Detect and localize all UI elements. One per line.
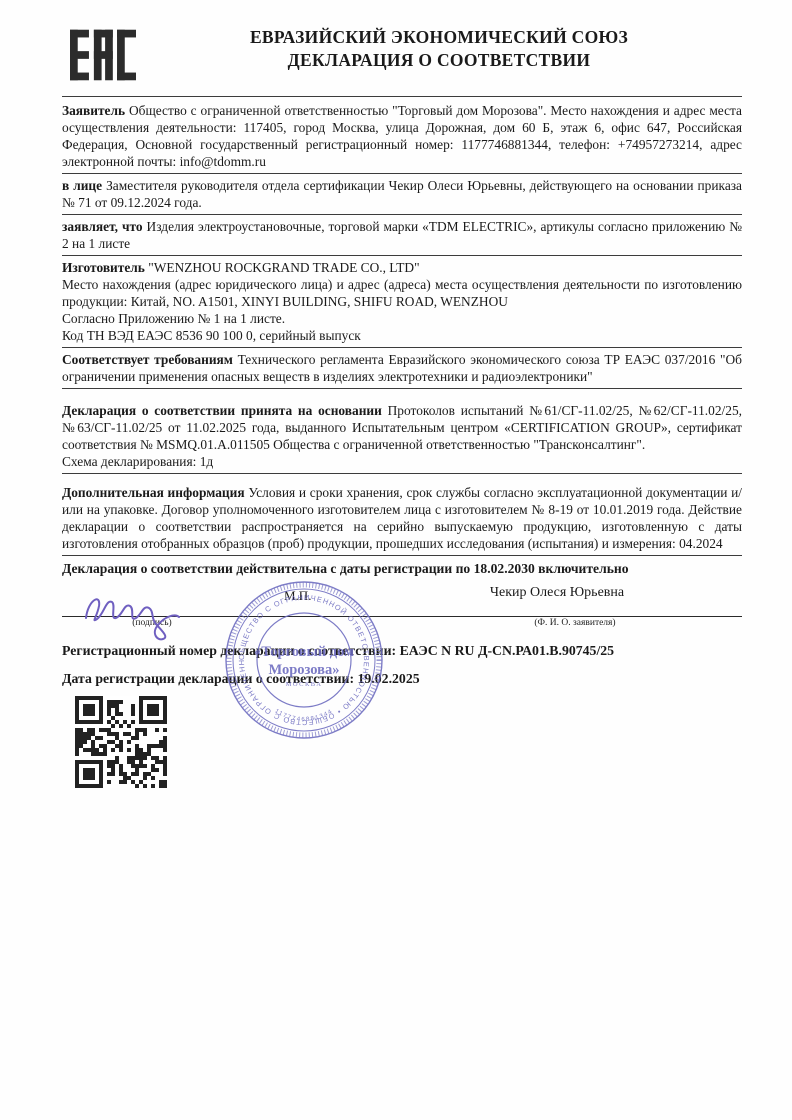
section-prinyata: Декларация о соответствии принята на осн… — [62, 389, 742, 474]
section-dopinfo: Дополнительная информация Условия и срок… — [62, 474, 742, 556]
text-v-litse: Заместителя руководителя отдела сертифик… — [62, 178, 742, 210]
company-stamp: ОБЩЕСТВО С ОГРАНИЧЕННОЙ ОТВЕТСТВЕННОСТЬЮ… — [222, 578, 386, 742]
label-zayavlyaet: заявляет, что — [62, 219, 143, 234]
registration-number-line: Регистрационный номер декларации о соотв… — [62, 642, 742, 659]
text-izgotovitel: "WENZHOU ROCKGRAND TRADE CO., LTD" — [148, 260, 419, 275]
title-declaration: ДЕКЛАРАЦИЯ О СООТВЕТСТВИИ — [136, 49, 742, 72]
eac-logo-icon — [70, 20, 136, 90]
registration-date-line: Дата регистрации декларации о соответств… — [62, 670, 742, 687]
section-izgotovitel: Изготовитель "WENZHOU ROCKGRAND TRADE CO… — [62, 256, 742, 348]
izgotovitel-annex: Согласно Приложению № 1 на 1 листе. — [62, 310, 742, 327]
registration-number-value: ЕАЭС N RU Д-CN.РА01.В.90745/25 — [400, 643, 615, 658]
title-union: ЕВРАЗИЙСКИЙ ЭКОНОМИЧЕСКИЙ СОЮЗ — [136, 26, 742, 49]
section-zayavitel: Заявитель Общество с ограниченной ответс… — [62, 97, 742, 174]
label-dopinfo: Дополнительная информация — [62, 485, 245, 500]
applicant-name: Чекир Олеся Юрьевна — [407, 585, 707, 601]
qr-code — [75, 696, 167, 788]
page-title: ЕВРАЗИЙСКИЙ ЭКОНОМИЧЕСКИЙ СОЮЗ ДЕКЛАРАЦИ… — [136, 20, 742, 72]
prinyata-scheme: Схема декларирования: 1д — [62, 453, 742, 470]
label-v-litse: в лице — [62, 178, 102, 193]
stamp-center-line2: Морозова» — [268, 662, 339, 678]
label-izgotovitel: Изготовитель — [62, 260, 145, 275]
declaration-page: ЕВРАЗИЙСКИЙ ЭКОНОМИЧЕСКИЙ СОЮЗ ДЕКЛАРАЦИ… — [0, 0, 792, 1120]
stamp-city: МОСКВА — [286, 681, 323, 688]
handwritten-signature — [80, 586, 200, 644]
validity-statement: Декларация о соответствии действительна … — [62, 556, 742, 579]
label-sootvetstvuet: Соответствует требованиям — [62, 352, 233, 367]
text-zayavlyaet: Изделия электроустановочные, торговой ма… — [62, 219, 742, 251]
izgotovitel-tnved: Код ТН ВЭД ЕАЭС 8536 90 100 0, серийный … — [62, 327, 742, 344]
header: ЕВРАЗИЙСКИЙ ЭКОНОМИЧЕСКИЙ СОЮЗ ДЕКЛАРАЦИ… — [62, 0, 742, 94]
label-prinyata: Декларация о соответствии принята на осн… — [62, 403, 382, 418]
label-zayavitel: Заявитель — [62, 103, 125, 118]
section-v-litse: в лице Заместителя руководителя отдела с… — [62, 174, 742, 215]
izgotovitel-address: Место нахождения (адрес юридического лиц… — [62, 276, 742, 310]
fio-caption: (Ф. И. О. заявителя) — [425, 618, 725, 628]
document-body: Заявитель Общество с ограниченной ответс… — [62, 96, 742, 788]
section-zayavlyaet: заявляет, что Изделия электроустановочны… — [62, 215, 742, 256]
section-sootvetstvuet: Соответствует требованиям Технического р… — [62, 348, 742, 389]
text-zayavitel: Общество с ограниченной ответственностью… — [62, 103, 742, 169]
stamp-center-line1: «Торговый дом — [254, 644, 354, 660]
